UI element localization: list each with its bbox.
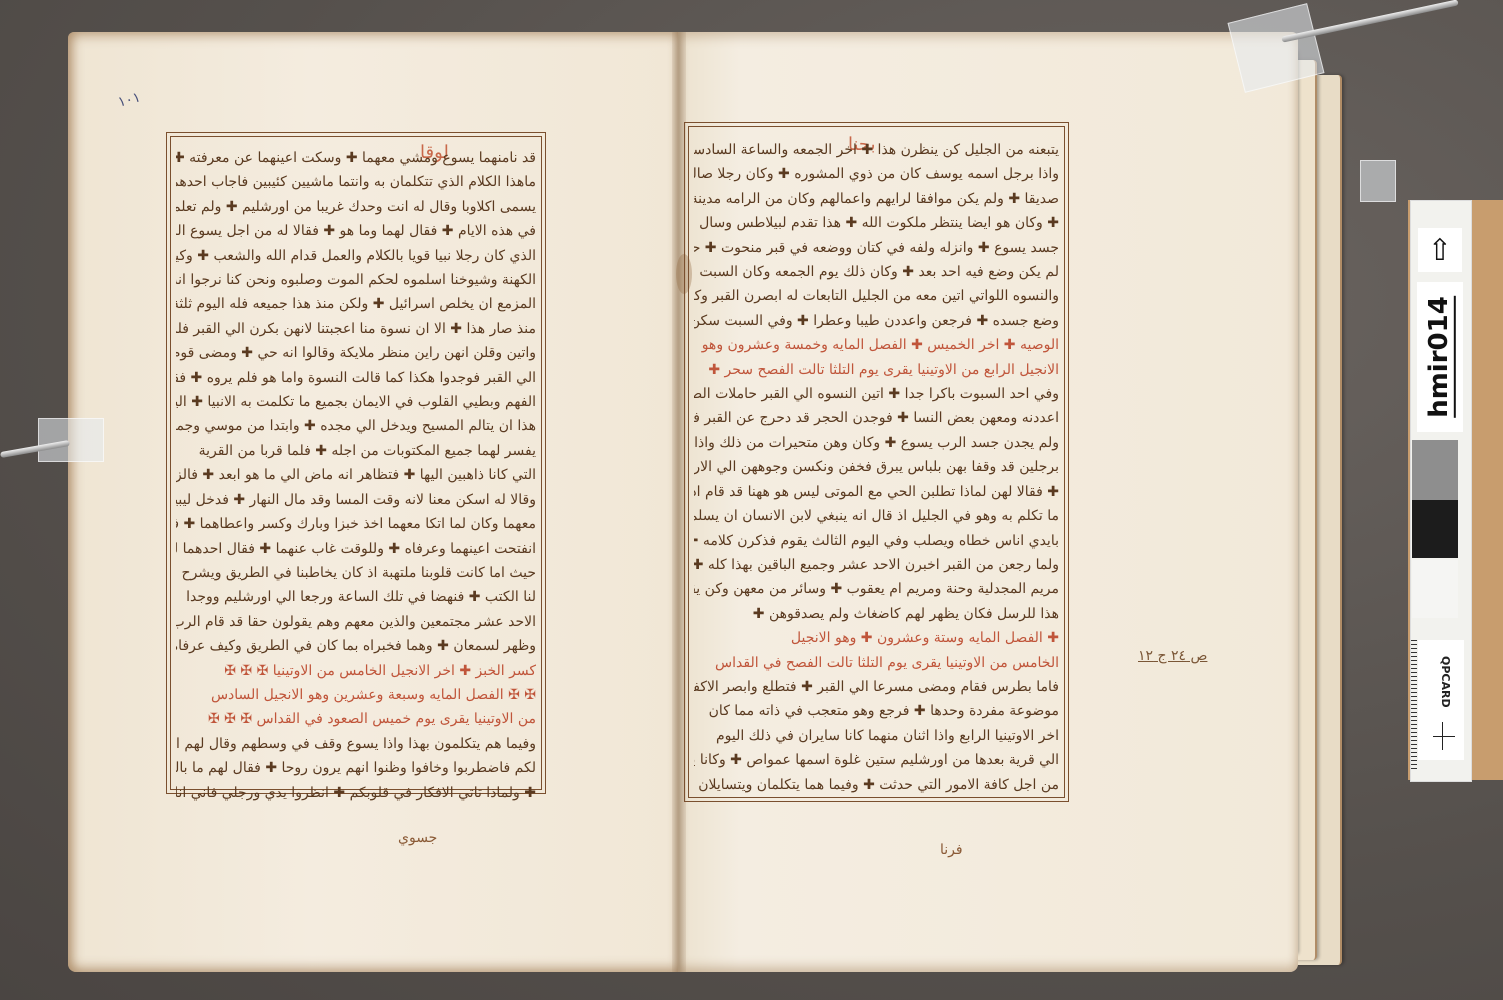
text-line: يتبعنه من الجليل كن ينظرن هذا ✚ اخر الجم… [694,138,1059,162]
text-line: وفي احد السبوت باكرا جدا ✚ اتين النسوه ا… [694,382,1059,406]
text-line: هذا ان يتالم المسيح ويدخل الي مجده ✚ واب… [176,414,536,438]
rubric-line: الانجيل الرابع من الاوتينيا يقرى يوم الت… [694,358,1059,382]
rubric-line: ✚ الفصل المايه وستة وعشرون ✚ وهو الانجيل [694,626,1059,650]
text-line: صديقا ✚ ولم يكن موافقا لرايهم واعمالهم و… [694,187,1059,211]
text-line: جسد يسوع ✚ وانزله ولفه في كتان ووضعه في … [694,236,1059,260]
text-line: واتين وقلن انهن راين منظر ملايكة وقالوا … [176,341,536,365]
text-line: يسمى اكلاوبا وقال له انت وحدك غريبا من ا… [176,195,536,219]
text-line: موضوعة مفردة وحدها ✚ فرجع وهو متعجب في ذ… [694,699,1059,723]
up-arrow-icon: ⇧ [1418,228,1462,272]
text-line: في هذه الايام ✚ فقال لهما وما هو ✚ فقالا… [176,219,536,243]
text-line: قد نامنهما يسوع ومشي معهما ✚ وسكت اعينهم… [176,146,536,170]
rubric-line: من الاوتينيا يقرى يوم خميس الصعود في الق… [176,707,536,731]
text-line: لم يكن وضع فيه احد بعد ✚ وكان ذلك يوم ال… [694,260,1059,284]
black-patch [1412,500,1458,558]
text-line: منذ صار هذا ✚ الا ان نسوة منا اعجبتنا لا… [176,317,536,341]
margin-note: ص ٢٤ ج ١٢ [1138,648,1207,664]
rubric-line: الخامس من الاوتينيا يقرى يوم التلثا تالت… [694,651,1059,675]
tape-strip [1360,160,1396,202]
right-catchword: فرنا [940,842,963,858]
text-line: اعددنه ومعهن بعض النسا ✚ فوجدن الحجر قد … [694,406,1059,430]
left-catchword: جسوي [398,830,437,846]
text-line: الذي كان رجلا نبيا قويا بالكلام والعمل ق… [176,244,536,268]
rubric-line: كسر الخبز ✚ اخر الانجيل الخامس من الاوتي… [176,659,536,683]
text-line: يفسر لهما جميع المكتوبات من اجله ✚ فلما … [176,439,536,463]
text-line: هذا للرسل فكان يظهر لهم كاضغاث ولم يصدقو… [694,602,1059,626]
text-line: الي قرية بعدها من اورشليم ستين غلوة اسمه… [694,748,1059,772]
left-text-block: قد نامنهما يسوع ومشي معهما ✚ وسكت اعينهم… [176,146,536,805]
text-line: وضع جسده ✚ فرجعن واعددن طيبا وعطرا ✚ وفي… [694,309,1059,333]
text-line: ماهذا الكلام الذي تتكلمان به وانتما ماشي… [176,170,536,194]
text-line: وفيما هم يتكلمون بهذا واذا يسوع وقف في و… [176,732,536,756]
text-line: اخر الاوتينيا الرابع واذا اثنان منهما كا… [694,724,1059,748]
text-line: برجلين قد وقفا بهن بلباس يبرق فخفن ونكسن… [694,455,1059,479]
text-line: انفتحت اعينهما وعرفاه ✚ وللوقت غاب عنهما… [176,537,536,561]
text-line: لكم فاضطربوا وخافوا وظنوا انهم يرون روحا… [176,756,536,780]
text-line: ✚ ولماذا تاتي الافكار في قلوبكم ✚ انظروا… [176,781,536,805]
text-line: مريم المجدلية وحنة ومريم ام يعقوب ✚ وسائ… [694,577,1059,601]
text-line: وظهر لسمعان ✚ وهما فخبراه بما كان في الط… [176,634,536,658]
white-patch [1412,560,1458,618]
text-line: ولما رجعن من القبر اخبرن الاحد عشر وجميع… [694,553,1059,577]
text-line: حيث اما كانت قلوبنا ملتهبة اذ كان يخاطبن… [176,561,536,585]
text-line: ✚ فقالا لهن لماذا تطلبن الحي مع الموتى ل… [694,480,1059,504]
text-line: بايدي اناس خطاه ويصلب وفي اليوم الثالث ي… [694,529,1059,553]
text-line: الي القبر فوجدوا هكذا كما قالت النسوة وا… [176,366,536,390]
text-line: لنا الكتب ✚ فنهضا في تلك الساعة ورجعا ال… [176,585,536,609]
rubric-line: ✠ ✠ الفصل المايه وسبعة وعشرين وهو الانجي… [176,683,536,707]
text-line: التي كانا ذاهبين اليها ✚ فتظاهر انه ماض … [176,463,536,487]
text-line: المزمع ان يخلص اسرائيل ✚ ولكن منذ هذا جم… [176,292,536,316]
text-line: والنسوه اللواتي اتين معه من الجليل التاب… [694,284,1059,308]
text-line: من اجل كافة الامور التي حدثت ✚ وفيما هما… [694,773,1059,797]
text-line: ✚ وكان هو ايضا ينتظر ملكوت الله ✚ هذا تق… [694,211,1059,235]
text-line: واذا برجل اسمه يوسف كان من ذوي المشوره ✚… [694,162,1059,186]
text-line: الكهنة وشيوخنا اسلموه لحكم الموت وصلبوه … [176,268,536,292]
tape-strip [38,418,104,462]
text-line: الاحد عشر مجتمعين والذين معهم وهم يقولون… [176,610,536,634]
ruler-scale [1411,640,1417,770]
text-line: ما تكلم به وهو في الجليل اذ قال انه ينبغ… [694,504,1059,528]
text-line: فاما بطرس فقام ومضى مسرعا الي القبر ✚ فت… [694,675,1059,699]
text-line: وقالا له اسكن معنا لانه وقت المسا وقد ما… [176,488,536,512]
gutter [672,32,686,972]
text-line: معهما وكان لما اتكا معهما اخذ خبزا وبارك… [176,512,536,536]
crosshair-icon [1436,722,1450,750]
right-text-block: يتبعنه من الجليل كن ينظرن هذا ✚ اخر الجم… [694,138,1059,797]
grey-patch [1412,440,1458,500]
rubric-line: الوصيه ✚ اخر الخميس ✚ الفصل المايه وخمسة… [694,333,1059,357]
shelfmark-label: hmir014 [1417,282,1463,432]
text-line: الفهم وبطيي القلوب في الايمان بجميع ما ت… [176,390,536,414]
text-line: ولم يجدن جسد الرب يسوع ✚ وكان وهن متحيرا… [694,431,1059,455]
